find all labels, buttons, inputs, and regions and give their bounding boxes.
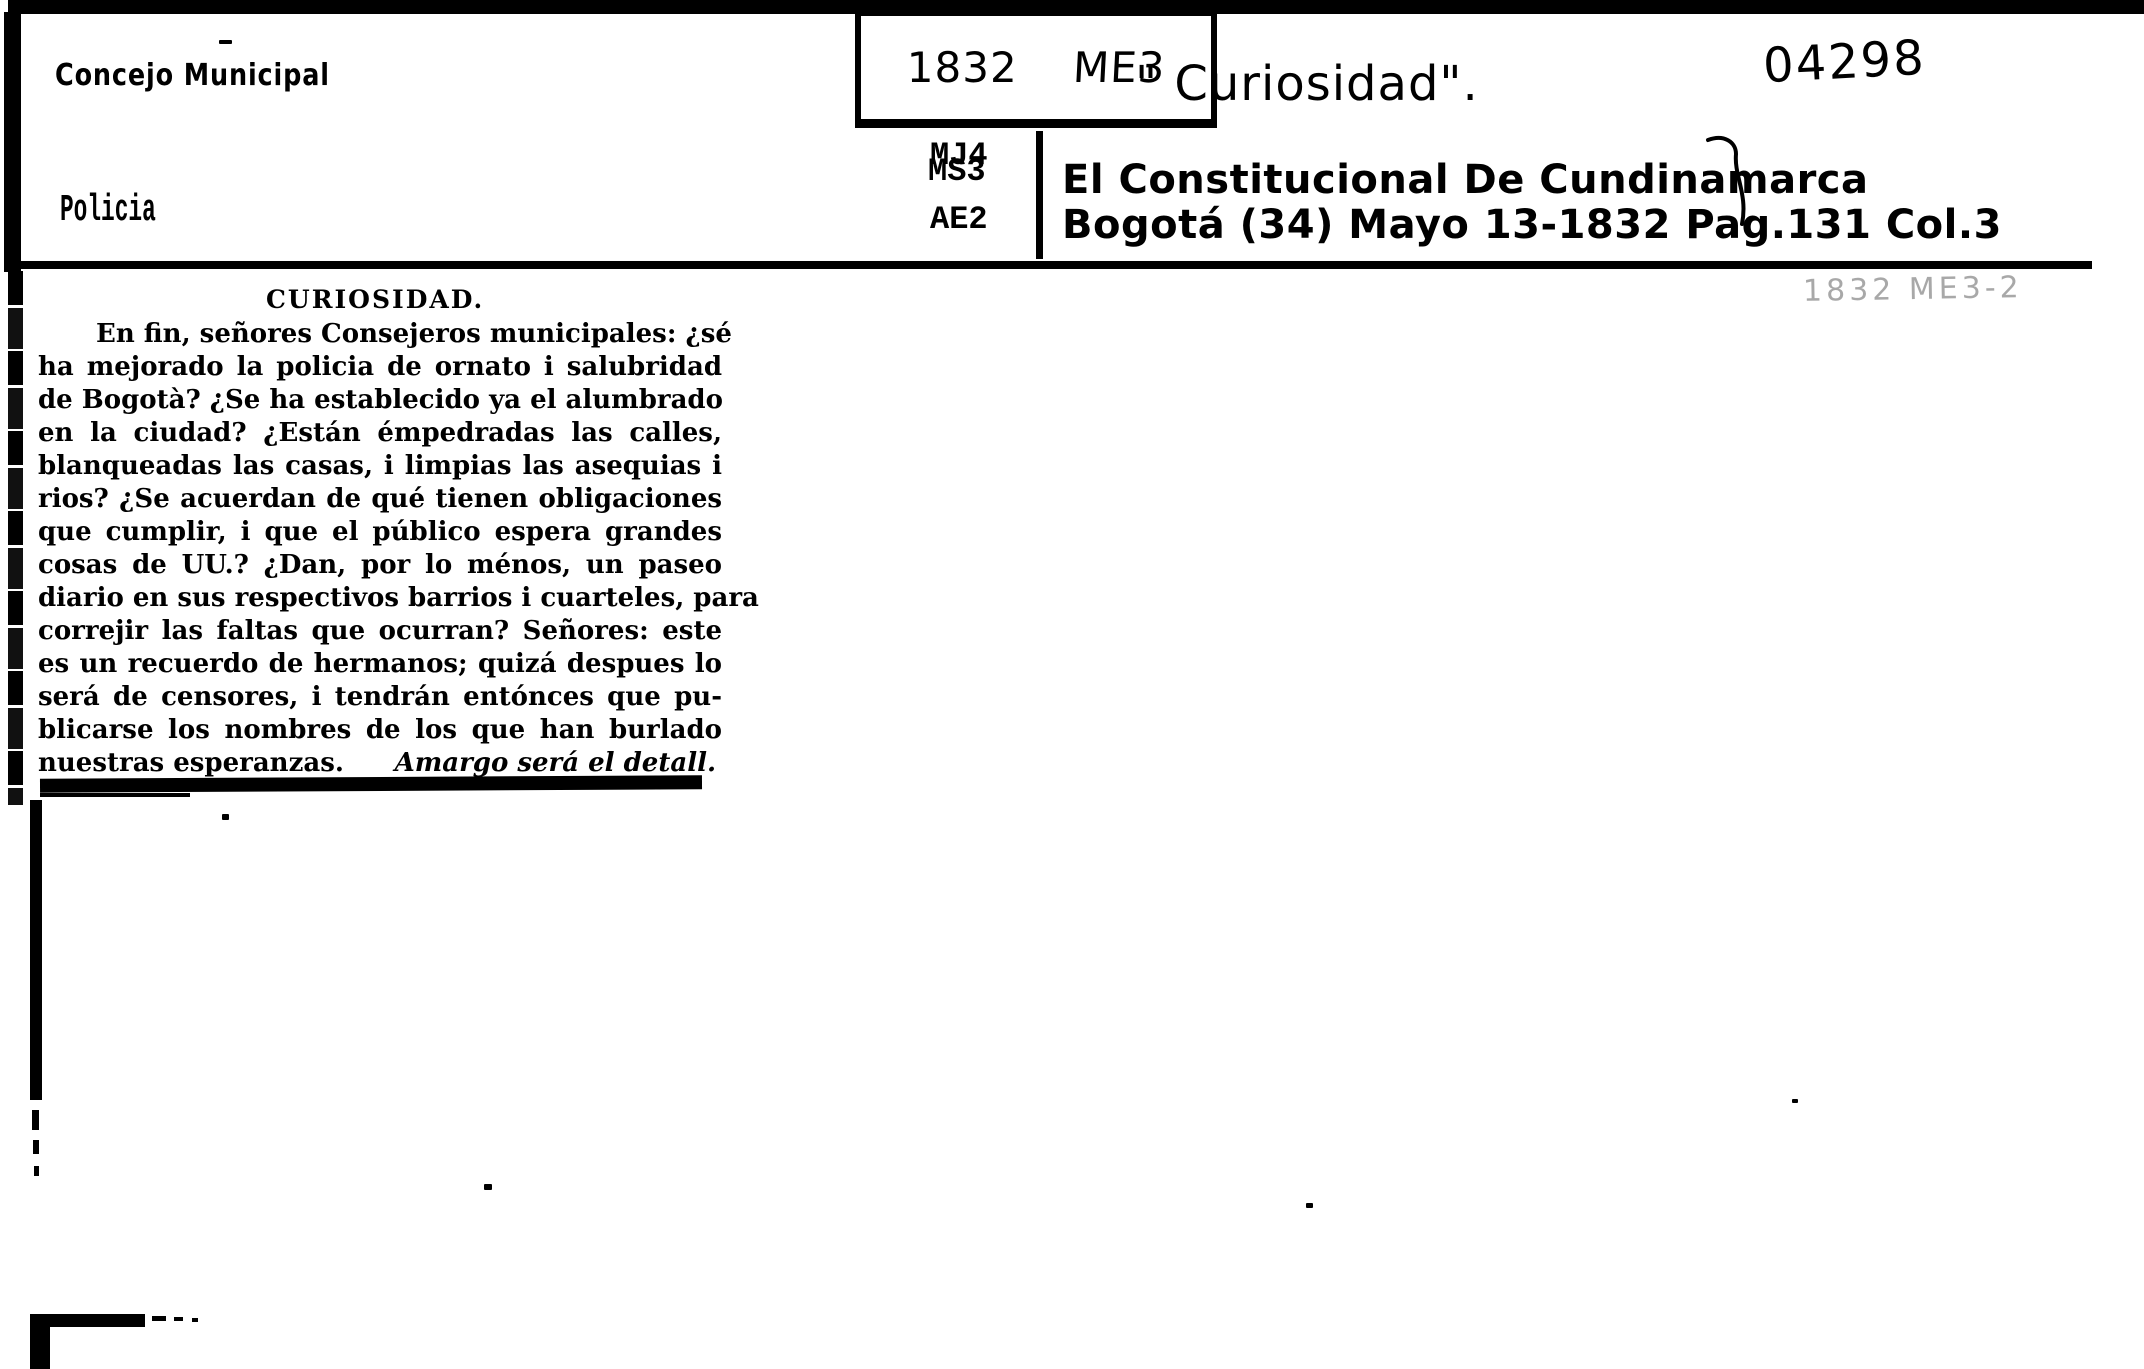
clipping-torn-edge [8, 271, 23, 805]
clipping-line: es un recuerdo de hermanos; quizá despue… [38, 648, 722, 681]
pencil-note: 1832 ME3-2 [1803, 270, 2023, 309]
clipping-bottom-edge [40, 775, 702, 792]
classification-code: MS3 [928, 156, 986, 188]
next-card-corner-dash [174, 1317, 183, 1321]
left-rule-dash [33, 1140, 39, 1154]
left-rule-line [30, 800, 42, 1100]
clipping-last-line-text: nuestras esperanzas. [38, 747, 344, 780]
classification-code: AE2 [930, 204, 988, 236]
newspaper-clipping: CURIOSIDAD. En fin, señores Consejeros m… [8, 271, 722, 805]
citation-detail: Bogotá (34) Mayo 13-1832 Pag.131 Col.3 [1062, 202, 2002, 248]
citation-divider-line [1036, 131, 1043, 259]
scan-speck [222, 814, 229, 820]
clipping-line: cosas de UU.? ¿Dan, por lo ménos, un pas… [38, 549, 722, 582]
clipping-line: en la ciudad? ¿Están émpedradas las call… [38, 417, 722, 450]
clipping-line: En fin, señores Consejeros municipales: … [38, 318, 722, 351]
handwritten-stroke-mark [1698, 134, 1758, 228]
scanned-index-card: Concejo Municipal Policia Alumbrado Call… [0, 0, 2144, 1369]
quoted-article-title: " Curiosidad". [1135, 56, 1479, 112]
control-number: 04298 [1762, 30, 1927, 94]
clipping-text: En fin, señores Consejeros municipales: … [38, 318, 722, 780]
clipping-line: ha mejorado la policia de ornato i salub… [38, 351, 722, 384]
next-card-corner-dash [192, 1318, 198, 1322]
clipping-line: será de censores, i tendrán entónces que… [38, 681, 722, 714]
clipping-bottom-edge-tail [40, 793, 190, 797]
scan-speck [1306, 1203, 1313, 1208]
clipping-line: blicarse los nombres de los que han burl… [38, 714, 722, 747]
year-value: 1832 [907, 43, 1018, 92]
next-card-corner-dash [152, 1316, 166, 1321]
topic-line: Policia [60, 188, 183, 233]
separator-line [10, 261, 2092, 269]
clipping-line: que cumplir, i que el público espera gra… [38, 516, 722, 549]
scan-speck [1792, 1099, 1798, 1103]
left-rule-dash [34, 1166, 39, 1176]
clipping-line: blanqueadas las casas, i limpias las ase… [38, 450, 722, 483]
clipping-line: diario en sus respectivos barrios i cuar… [38, 582, 722, 615]
clipping-line: correjir las faltas que ocurran? Señores… [38, 615, 722, 648]
clipping-line: de Bogotà? ¿Se ha establecido ya el alum… [38, 384, 722, 417]
left-rule-dash [32, 1110, 39, 1130]
scan-speck [219, 40, 232, 44]
clipping-title: CURIOSIDAD. [266, 285, 484, 314]
left-border-bar [4, 12, 21, 272]
subject-heading: Concejo Municipal [55, 58, 330, 93]
next-card-corner-mark [30, 1314, 145, 1327]
clipping-line: rios? ¿Se acuerdan de qué tienen obligac… [38, 483, 722, 516]
scan-speck [484, 1184, 492, 1190]
